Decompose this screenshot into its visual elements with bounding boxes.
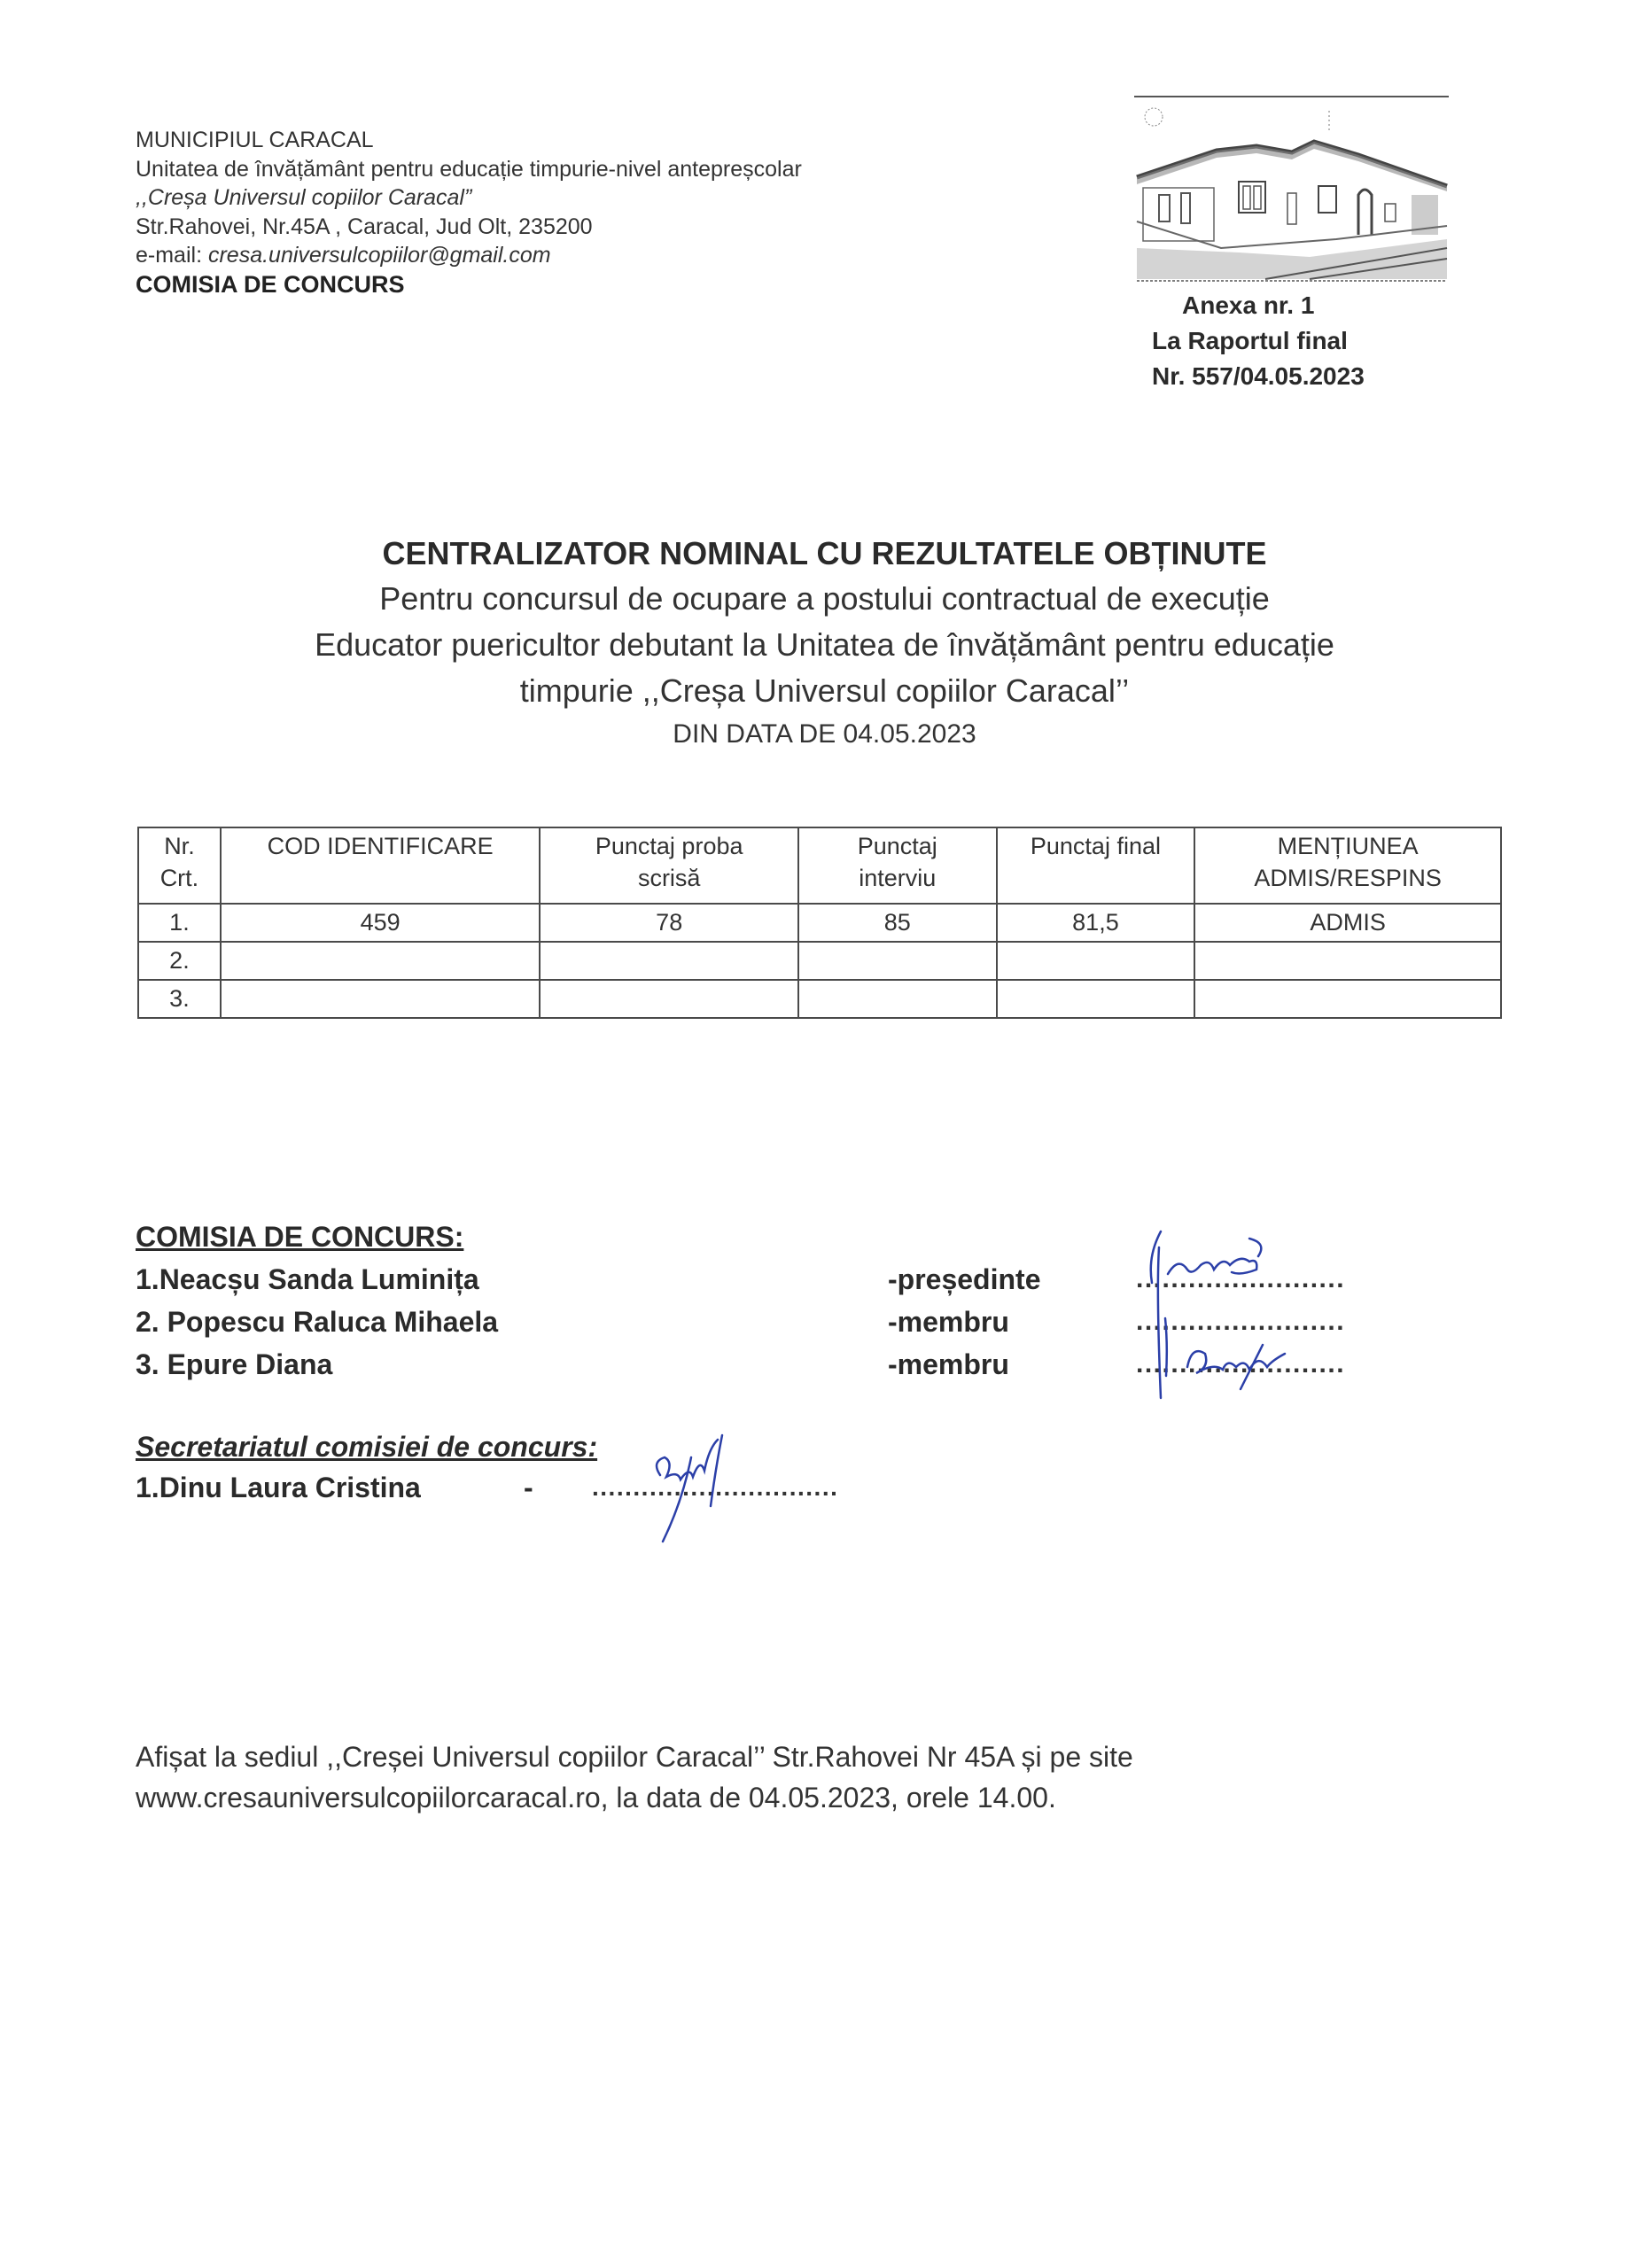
secretariat-dash: - — [524, 1467, 533, 1508]
committee-member-name: 1.Neacșu Sanda Luminița — [136, 1258, 498, 1301]
building-illustration-icon — [1132, 106, 1451, 283]
date-line: DIN DATA DE 04.05.2023 — [0, 714, 1649, 755]
column-header: COD IDENTIFICARE — [221, 827, 541, 904]
cell-scris — [540, 980, 797, 1018]
column-header: MENȚIUNEAADMIS/RESPINS — [1194, 827, 1501, 904]
annex-report-number: Nr. 557/04.05.2023 — [1152, 359, 1365, 394]
email-line: e-mail: cresa.universulcopiilor@gmail.co… — [136, 241, 802, 270]
committee-heading: COMISIA DE CONCURS: — [136, 1216, 498, 1258]
cell-final: 81,5 — [997, 904, 1195, 942]
column-header-line: interviu — [803, 862, 992, 894]
column-header-line: Crt. — [143, 862, 216, 894]
column-header-line: scrisă — [544, 862, 793, 894]
table-row: 2. — [138, 942, 1501, 980]
committee-member-name: 2. Popescu Raluca Mihaela — [136, 1301, 498, 1343]
column-header-line: COD IDENTIFICARE — [225, 830, 536, 862]
subtitle-line-2: Educator puericultor debutant la Unitate… — [0, 622, 1649, 668]
column-header-line: ADMIS/RESPINS — [1199, 862, 1497, 894]
unit-name: Unitatea de învățământ pentru educație t… — [136, 155, 802, 184]
commission-label: COMISIA DE CONCURS — [136, 270, 802, 299]
address: Str.Rahovei, Nr.45A , Caracal, Jud Olt, … — [136, 213, 802, 242]
institution-header: MUNICIPIUL CARACAL Unitatea de învățămân… — [136, 126, 802, 299]
secretariat-member-name: 1.Dinu Laura Cristina — [136, 1472, 421, 1503]
document-title-block: CENTRALIZATOR NOMINAL CU REZULTATELE OBȚ… — [0, 532, 1649, 755]
results-table: Nr.Crt.COD IDENTIFICAREPunctaj probascri… — [137, 827, 1502, 1019]
secretariat-heading: Secretariatul comisiei de concurs: — [136, 1426, 597, 1467]
cell-interviu — [798, 942, 997, 980]
committee-member-role: -membru — [888, 1343, 1040, 1386]
document-title: CENTRALIZATOR NOMINAL CU REZULTATELE OBȚ… — [0, 532, 1649, 576]
cell-mentiune — [1194, 942, 1501, 980]
cell-cod — [221, 980, 541, 1018]
committee-section: COMISIA DE CONCURS: 1.Neacșu Sanda Lumin… — [136, 1216, 498, 1386]
cell-cod — [221, 942, 541, 980]
secretariat-member: 1.Dinu Laura Cristina - ................… — [136, 1467, 597, 1508]
table-row: 3. — [138, 980, 1501, 1018]
cell-interviu — [798, 980, 997, 1018]
column-header-line: Nr. — [143, 830, 216, 862]
secretariat-section: Secretariatul comisiei de concurs: 1.Din… — [136, 1426, 597, 1508]
cell-final — [997, 942, 1195, 980]
subtitle-line-3: timpurie ,,Creșa Universul copiilor Cara… — [0, 668, 1649, 714]
column-header: Punctaj probascrisă — [540, 827, 797, 904]
cell-interviu: 85 — [798, 904, 997, 942]
annex-report: La Raportul final — [1152, 323, 1365, 359]
table-body: 1.459788581,5ADMIS2.3. — [138, 904, 1501, 1018]
email-link[interactable]: cresa.universulcopiilor@gmail.com — [208, 243, 551, 268]
cell-scris: 78 — [540, 904, 797, 942]
municipality: MUNICIPIUL CARACAL — [136, 126, 802, 155]
subtitle-line-1: Pentru concursul de ocupare a postului c… — [0, 576, 1649, 622]
column-header-line: Punctaj proba — [544, 830, 793, 862]
annex-number: Anexa nr. 1 — [1152, 288, 1365, 323]
column-header-line: Punctaj final — [1001, 830, 1191, 862]
column-header: Punctajinterviu — [798, 827, 997, 904]
signature-icon — [638, 1422, 753, 1546]
column-header: Punctaj final — [997, 827, 1195, 904]
institution-name: ,,Creșa Universul copiilor Caracal” — [136, 183, 802, 213]
table-header-row: Nr.Crt.COD IDENTIFICAREPunctaj probascri… — [138, 827, 1501, 904]
cell-nr: 1. — [138, 904, 221, 942]
committee-member-role: -președinte — [888, 1258, 1040, 1301]
annex-reference: Anexa nr. 1 La Raportul final Nr. 557/04… — [1152, 288, 1365, 394]
posting-notice-line-2: www.cresauniversulcopiilorcaracal.ro, la… — [136, 1777, 1133, 1818]
cell-final — [997, 980, 1195, 1018]
column-header: Nr.Crt. — [138, 827, 221, 904]
logo-top-rule — [1134, 96, 1449, 97]
signature-icon — [1125, 1221, 1462, 1407]
committee-member-role: -membru — [888, 1301, 1040, 1343]
cell-scris — [540, 942, 797, 980]
cell-mentiune — [1194, 980, 1501, 1018]
posting-notice-line-1: Afișat la sediul ,,Creșei Universul copi… — [136, 1736, 1133, 1777]
committee-roles: -președinte -membru -membru — [888, 1258, 1040, 1386]
table-row: 1.459788581,5ADMIS — [138, 904, 1501, 942]
cell-cod: 459 — [221, 904, 541, 942]
cell-nr: 3. — [138, 980, 221, 1018]
posting-notice: Afișat la sediul ,,Creșei Universul copi… — [136, 1736, 1133, 1818]
committee-member-name: 3. Epure Diana — [136, 1343, 498, 1386]
cell-nr: 2. — [138, 942, 221, 980]
column-header-line: Punctaj — [803, 830, 992, 862]
column-header-line: MENȚIUNEA — [1199, 830, 1497, 862]
email-label: e-mail: — [136, 243, 208, 268]
cell-mentiune: ADMIS — [1194, 904, 1501, 942]
